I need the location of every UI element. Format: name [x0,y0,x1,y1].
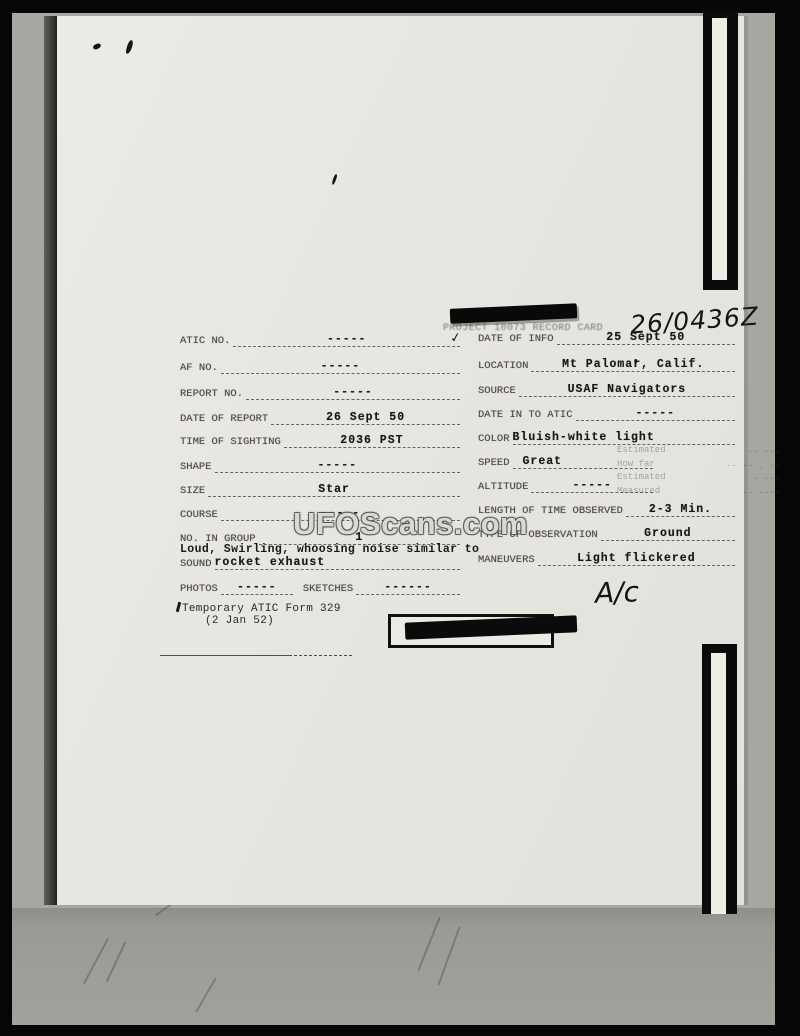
ghost-bleed-through-text: Estimated How far Estimated Measured [617,444,666,498]
field-row-report-no: REPORT NO. ----- [180,385,460,400]
field-value: 25 Sept 50 [606,331,685,344]
field-label: SOUND [180,558,215,570]
field-label: DATE OF INFO [478,333,557,345]
film-edge-mark-top [703,11,738,290]
field-row-maneuvers: MANEUVERS Light flickered [478,551,735,566]
field-value: ----- [321,360,361,373]
field-value: ----- [333,386,373,399]
field-line: USAF Navigators [519,382,735,397]
field-value: 26 Sept 50 [326,411,405,424]
field-row-photos-sketches: PHOTOS ----- SKETCHES ------ [180,580,460,595]
field-label: MANEUVERS [478,554,538,566]
field-value: ----- [327,333,367,346]
field-line: ------ [356,580,460,595]
page-edge-shadow [44,16,57,905]
field-value: ----- [636,407,676,420]
field-label: SIZE [180,485,208,497]
field-row-shape: SHAPE ----- [180,458,460,473]
ghost-bleed-through-dashes: -- --- -- -- . -- - --- -- ---- [705,446,780,500]
scanned-document: PROJECT 10073 RECORD CARD 26/0436Z . ✓ A… [0,0,800,1036]
field-line: ----- [215,458,460,473]
form-date: (2 Jan 52) [205,615,274,627]
field-line: Ground [601,526,735,541]
field-value-sketches: ------ [384,581,431,594]
field-line: Bluish-white light [513,430,735,445]
field-value: Mt Palomar, Calif. [562,358,704,371]
field-value: Bluish-white light [513,431,655,444]
field-row-time-of-sighting: TIME OF SIGHTING 2036 PST [180,433,460,448]
field-value-photos: ----- [237,581,277,594]
field-row-date-of-report: DATE OF REPORT 26 Sept 50 [180,410,460,425]
handwritten-ac-note: A/c [594,575,639,610]
field-value: Ground [644,527,691,540]
field-value: Great [523,455,563,468]
field-line: 26 Sept 50 [271,410,460,425]
field-line: ----- [221,359,460,374]
field-row-color: COLOR Bluish-white light [478,430,735,445]
field-row-date-in-to-atic: DATE IN TO ATIC ----- [478,406,735,421]
field-line: ----- [246,385,460,400]
field-line: Star [208,482,460,497]
film-edge-mark-bottom [702,644,737,914]
field-label: REPORT NO. [180,388,246,400]
field-label-photos: PHOTOS [180,583,221,595]
ink-blot [92,43,101,50]
field-line: ----- [221,580,293,595]
field-line: 25 Sept 50 [557,330,735,345]
field-row-date-of-info: DATE OF INFO 25 Sept 50 [478,330,735,345]
ufoscans-watermark: UFOScans.com [293,506,528,542]
field-label: DATE IN TO ATIC [478,409,576,421]
field-row-sound: SOUND rocket exhaust [180,555,460,570]
field-line: Mt Palomar, Calif. [531,357,735,372]
ink-blot [125,40,133,55]
field-value: 2-3 Min. [649,503,712,516]
field-label: SPEED [478,457,513,469]
form-number: Temporary ATIC Form 329 [182,603,341,615]
bottom-rule-line [160,655,292,656]
field-value: ----- [318,459,358,472]
field-label: SOURCE [478,385,519,397]
field-value: ----- [572,479,612,492]
redaction-bar-top [450,303,578,324]
field-row-af-no: AF NO. ----- [180,359,460,374]
stray-tick-mark [331,174,337,185]
field-row-size: SIZE Star [180,482,460,497]
field-label: SHAPE [180,461,215,473]
record-card-page: PROJECT 10073 RECORD CARD 26/0436Z . ✓ A… [57,16,748,905]
field-value: Light flickered [577,552,696,565]
field-label: DATE OF REPORT [180,413,271,425]
field-label: ALTITUDE [478,481,531,493]
stray-tick-mark [176,602,181,612]
field-row-location: LOCATION Mt Palomar, Calif. [478,357,735,372]
field-label: ATIC NO. [180,335,233,347]
field-label-sketches: SKETCHES [293,583,356,595]
field-row-source: SOURCE USAF Navigators [478,382,735,397]
field-line: rocket exhaust [215,555,460,570]
field-line: 2-3 Min. [626,502,735,517]
field-label: AF NO. [180,362,221,374]
page-right-edge [744,16,748,905]
field-value: 2036 PST [340,434,403,447]
field-label: LOCATION [478,360,531,372]
bottom-rule-dashes [294,655,352,656]
field-line: 2036 PST [284,433,460,448]
field-value: rocket exhaust [215,556,326,569]
scanner-backing-lower [12,908,775,1025]
field-label: COLOR [478,433,513,445]
field-row-atic-no: ATIC NO. ----- [180,332,460,347]
field-value: USAF Navigators [568,383,687,396]
field-line: ----- [233,332,460,347]
field-label: COURSE [180,509,221,521]
field-line: ----- [576,406,735,421]
field-value: Star [318,483,350,496]
field-line: Light flickered [538,551,735,566]
field-label: TIME OF SIGHTING [180,436,284,448]
